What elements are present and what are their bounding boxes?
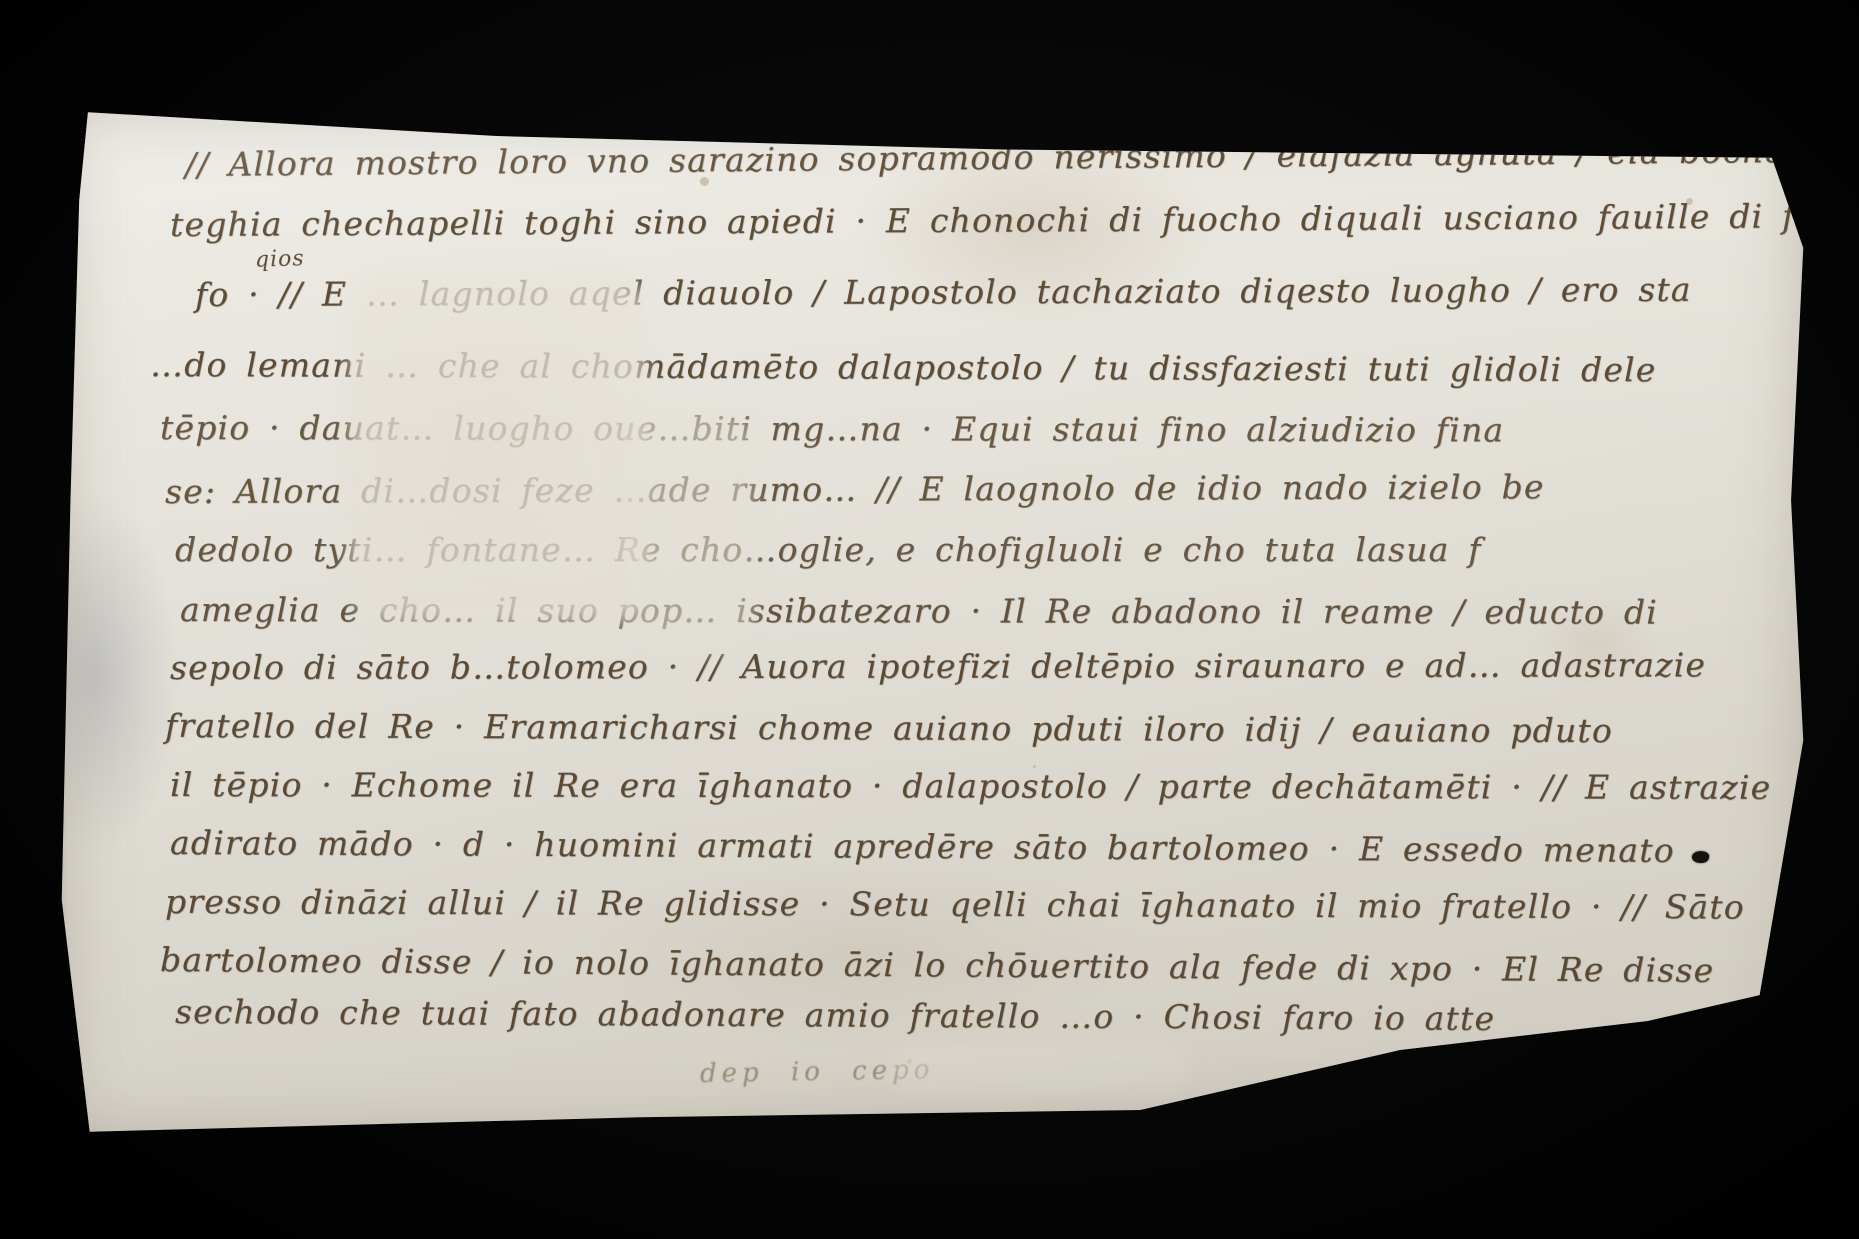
text-line-14: bartolomeo disse / io nolo īghanato āzi … — [160, 940, 1715, 990]
text-line-13: presso dināzi allui / il Re glidisse · S… — [165, 882, 1745, 927]
ink-blot — [1691, 850, 1710, 864]
interlinear-note: qios — [255, 246, 305, 273]
text-line-10: fratello del Re · Eramaricharsi chome au… — [165, 706, 1613, 750]
text-line-2: teghia chechapelli toghi sino apiedi · E… — [170, 196, 1818, 244]
text-line-11: il tēpio · Echome il Re era īghanato · d… — [170, 765, 1771, 807]
rubbed-area — [625, 405, 755, 655]
text-line-1: // Allora mostro loro vno sarazino sopra… — [185, 131, 1786, 184]
text-line-15: sechodo che tuai fato abadonare amio fra… — [175, 992, 1495, 1038]
text-line-9: sepolo di sāto b…tolomeo · // Auora ipot… — [170, 645, 1706, 687]
text-line-12: adirato mādo · d · huomini armati apredē… — [170, 823, 1675, 870]
rubbed-area — [890, 1040, 1190, 1100]
manuscript-page: // Allora mostro loro vno sarazino sopra… — [60, 105, 1805, 1140]
photo-backdrop: // Allora mostro loro vno sarazino sopra… — [0, 0, 1859, 1239]
rubbed-area — [350, 270, 645, 625]
